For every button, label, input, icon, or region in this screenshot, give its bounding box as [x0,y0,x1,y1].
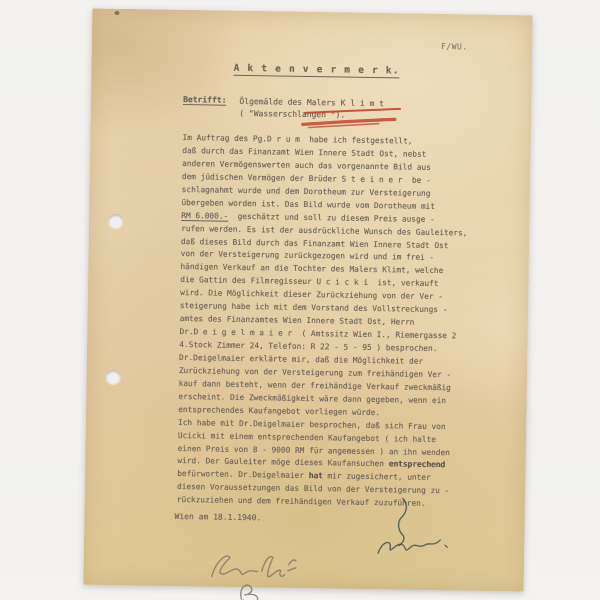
signature-pencil-left [203,542,304,600]
body-text: Im Auftrag des Pg.D r u m habe ich festg… [177,133,503,513]
dateline: Wien am 18.1.1940. [175,512,262,522]
paper-speck [114,11,119,15]
body-text-segment: hat [309,471,323,480]
body-text-segment: Im Auftrag des Pg.D r u m habe ich festg… [182,133,412,146]
body-text-segment: mir zugesichert, unter [323,472,431,483]
document-paper: F/WU. A k t e n v e r m e r k. Betrifft:… [84,9,533,592]
subject-line2: ( "Wasserschlangen "). [239,108,345,119]
subject-label: Betrifft: [183,95,227,106]
subject-block: Betrifft: Ölgemälde des Malers K l i m t… [183,95,384,121]
body-text-segment: geschätzt und soll zu diesem Preis ausge… [228,211,435,223]
document-title: A k t e n v e r m e r k. [234,63,400,79]
body-text-segment: befürworten. Dr.Deigelmaier [177,469,309,480]
subject-text: Ölgemälde des Malers K l i m t ( "Wasser… [239,96,384,121]
reference-code: F/WU. [441,42,468,51]
underlined-amount: RM 6.000.- [181,211,228,222]
body-text-segment: entsprechendes Kaufangebot vorliegen wür… [178,405,380,417]
body-text-segment: wird. Der Gauleiter möge dieses Kaufansu… [177,456,388,468]
punch-hole-bottom [106,370,121,384]
body-text-segment: entsprechend [389,460,445,470]
punch-hole-top [108,214,123,228]
subject-line1-prefix: Ölgemälde des Malers [239,97,340,108]
subject-line1-emphasis: K l i m t [341,98,384,108]
scan-background: F/WU. A k t e n v e r m e r k. Betrifft:… [0,0,600,600]
